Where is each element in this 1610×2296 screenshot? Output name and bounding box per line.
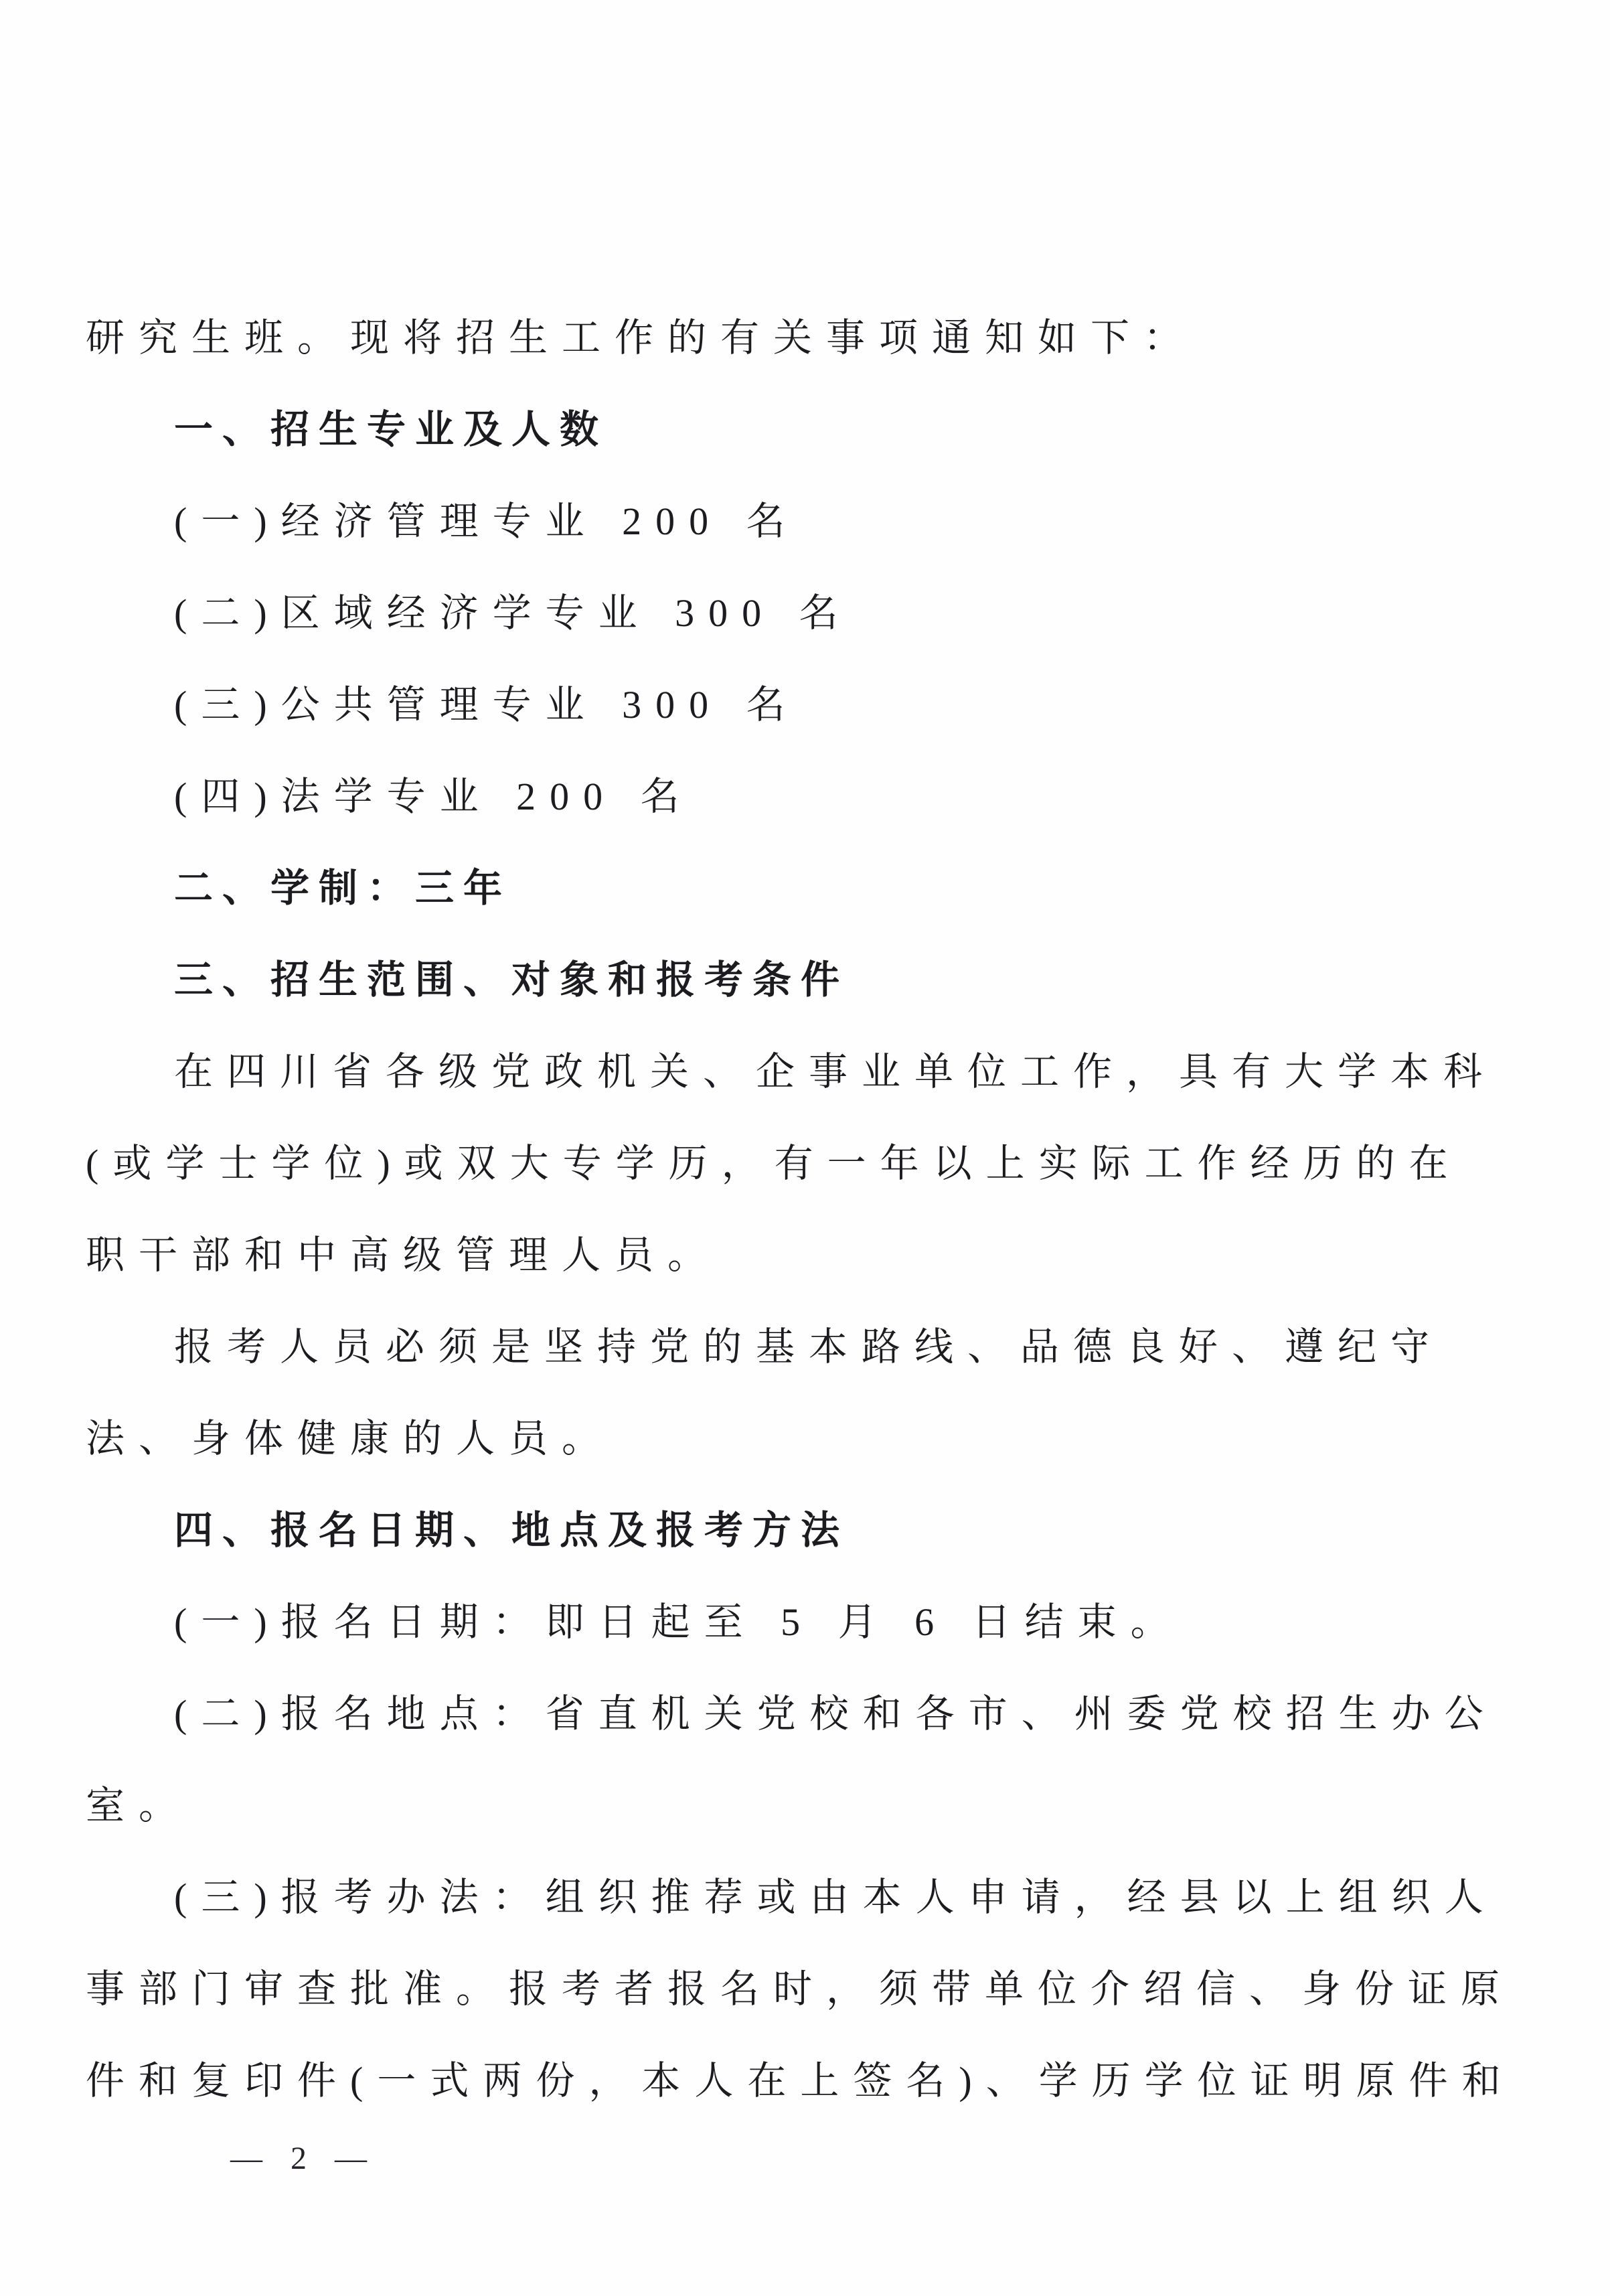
item-application-method-line-2: 事部门审查批准。报考者报名时，须带单位介绍信、身份证原 xyxy=(86,1943,1532,2035)
item-application-method-line-1: (三)报考办法：组织推荐或由本人申请，经县以上组织人 xyxy=(86,1851,1532,1943)
item-major-economic-management: (一)经济管理专业 200 名 xyxy=(86,475,1532,567)
para-requirements-line-2: 法、身体健康的人员。 xyxy=(86,1393,1532,1484)
footer-left-dash: — xyxy=(230,2140,262,2177)
item-application-method-line-3: 件和复印件(一式两份，本人在上签名)、学历学位证明原件和 xyxy=(86,2035,1532,2127)
section-3-heading-eligibility: 三、招生范围、对象和报考条件 xyxy=(86,934,1532,1026)
page-number: 2 xyxy=(291,2140,307,2177)
intro-line: 研究生班。现将招生工作的有关事项通知如下： xyxy=(86,292,1532,384)
footer-right-dash: — xyxy=(335,2140,367,2177)
document-body: 研究生班。现将招生工作的有关事项通知如下： 一、招生专业及人数 (一)经济管理专… xyxy=(86,292,1532,2127)
item-major-law: (四)法学专业 200 名 xyxy=(86,751,1532,842)
item-registration-location-line-1: (二)报名地点：省直机关党校和各市、州委党校招生办公 xyxy=(86,1668,1532,1760)
item-major-public-administration: (三)公共管理专业 300 名 xyxy=(86,659,1532,751)
section-1-heading-majors: 一、招生专业及人数 xyxy=(86,384,1532,475)
page-footer: — 2 — xyxy=(230,2140,367,2177)
section-2-heading-study-length: 二、学制：三年 xyxy=(86,842,1532,934)
item-registration-date: (一)报名日期：即日起至 5 月 6 日结束。 xyxy=(86,1576,1532,1668)
para-eligibility-line-3: 职干部和中高级管理人员。 xyxy=(86,1209,1532,1301)
document-page: 研究生班。现将招生工作的有关事项通知如下： 一、招生专业及人数 (一)经济管理专… xyxy=(0,0,1610,2296)
section-4-heading-registration: 四、报名日期、地点及报考方法 xyxy=(86,1484,1532,1576)
para-requirements-line-1: 报考人员必须是坚持党的基本路线、品德良好、遵纪守 xyxy=(86,1301,1532,1393)
para-eligibility-line-1: 在四川省各级党政机关、企事业单位工作，具有大学本科 xyxy=(86,1026,1532,1118)
item-registration-location-line-2: 室。 xyxy=(86,1760,1532,1851)
item-major-regional-economics: (二)区域经济学专业 300 名 xyxy=(86,567,1532,659)
para-eligibility-line-2: (或学士学位)或双大专学历，有一年以上实际工作经历的在 xyxy=(86,1118,1532,1209)
